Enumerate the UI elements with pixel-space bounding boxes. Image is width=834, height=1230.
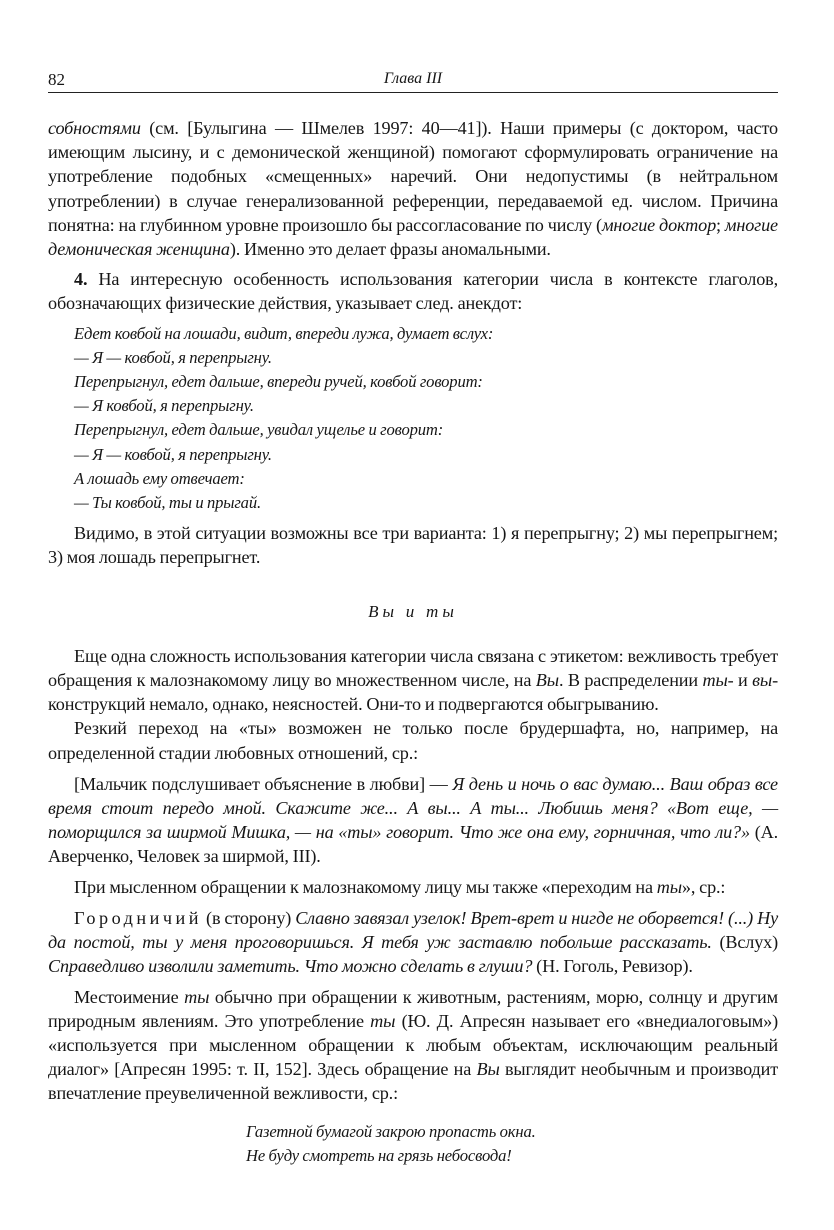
anecdote-line: Перепрыгнул, едет дальше, увидал ущелье … xyxy=(74,418,778,442)
page-body: собностями (см. [Булыгина — Шмелев 1997:… xyxy=(48,116,778,1168)
running-header: 82 Глава III xyxy=(48,66,778,93)
quote-gogol: Городничий (в сторону) Славно завязал уз… xyxy=(48,906,778,979)
book-page: 82 Глава III собностями (см. [Булыгина —… xyxy=(48,66,778,1168)
anecdote-line: — Ты ковбой, ты и прыгай. xyxy=(74,491,778,515)
poem-quote: Газетной бумагой закрою пропасть окна. Н… xyxy=(48,1120,778,1168)
anecdote-line: — Я ковбой, я перепрыгну. xyxy=(74,394,778,418)
section-heading: Вы и ты xyxy=(48,600,778,624)
chapter-title: Глава III xyxy=(48,70,778,88)
paragraph-mental-address: При мысленном обращении к малознакомому … xyxy=(48,875,778,899)
italic-term: собностями xyxy=(48,118,141,138)
italic-example: многие доктор xyxy=(602,215,716,235)
paragraph-number: 4. xyxy=(74,269,87,289)
poem-line: Газетной бумагой закрою пропасть окна. xyxy=(246,1120,778,1144)
quote-averchenko: [Мальчик подслушивает объяснение в любви… xyxy=(48,772,778,869)
anecdote-line: — Я — ковбой, я перепрыгну. xyxy=(74,346,778,370)
anecdote-line: А лошадь ему отвечает: xyxy=(74,467,778,491)
paragraph-continuation: собностями (см. [Булыгина — Шмелев 1997:… xyxy=(48,116,778,261)
speaker-name: Городничий xyxy=(74,908,202,928)
paragraph-4: 4. На интересную особенность использован… xyxy=(48,267,778,315)
paragraph-transition: Резкий переход на «ты» возможен не тольк… xyxy=(48,716,778,764)
poem-line: Не буду смотреть на грязь небосвода! xyxy=(246,1144,778,1168)
anecdote-line: Перепрыгнул, едет дальше, впереди ручей,… xyxy=(74,370,778,394)
anecdote-block: Едет ковбой на лошади, видит, впереди лу… xyxy=(48,322,778,516)
anecdote-line: — Я — ковбой, я перепрыгну. xyxy=(74,443,778,467)
anecdote-line: Едет ковбой на лошади, видит, впереди лу… xyxy=(74,322,778,346)
paragraph-variants: Видимо, в этой ситуации возможны все три… xyxy=(48,521,778,569)
paragraph-etiquette: Еще одна сложность использования категор… xyxy=(48,644,778,717)
paragraph-pronoun: Местоимение ты обычно при обращении к жи… xyxy=(48,985,778,1106)
